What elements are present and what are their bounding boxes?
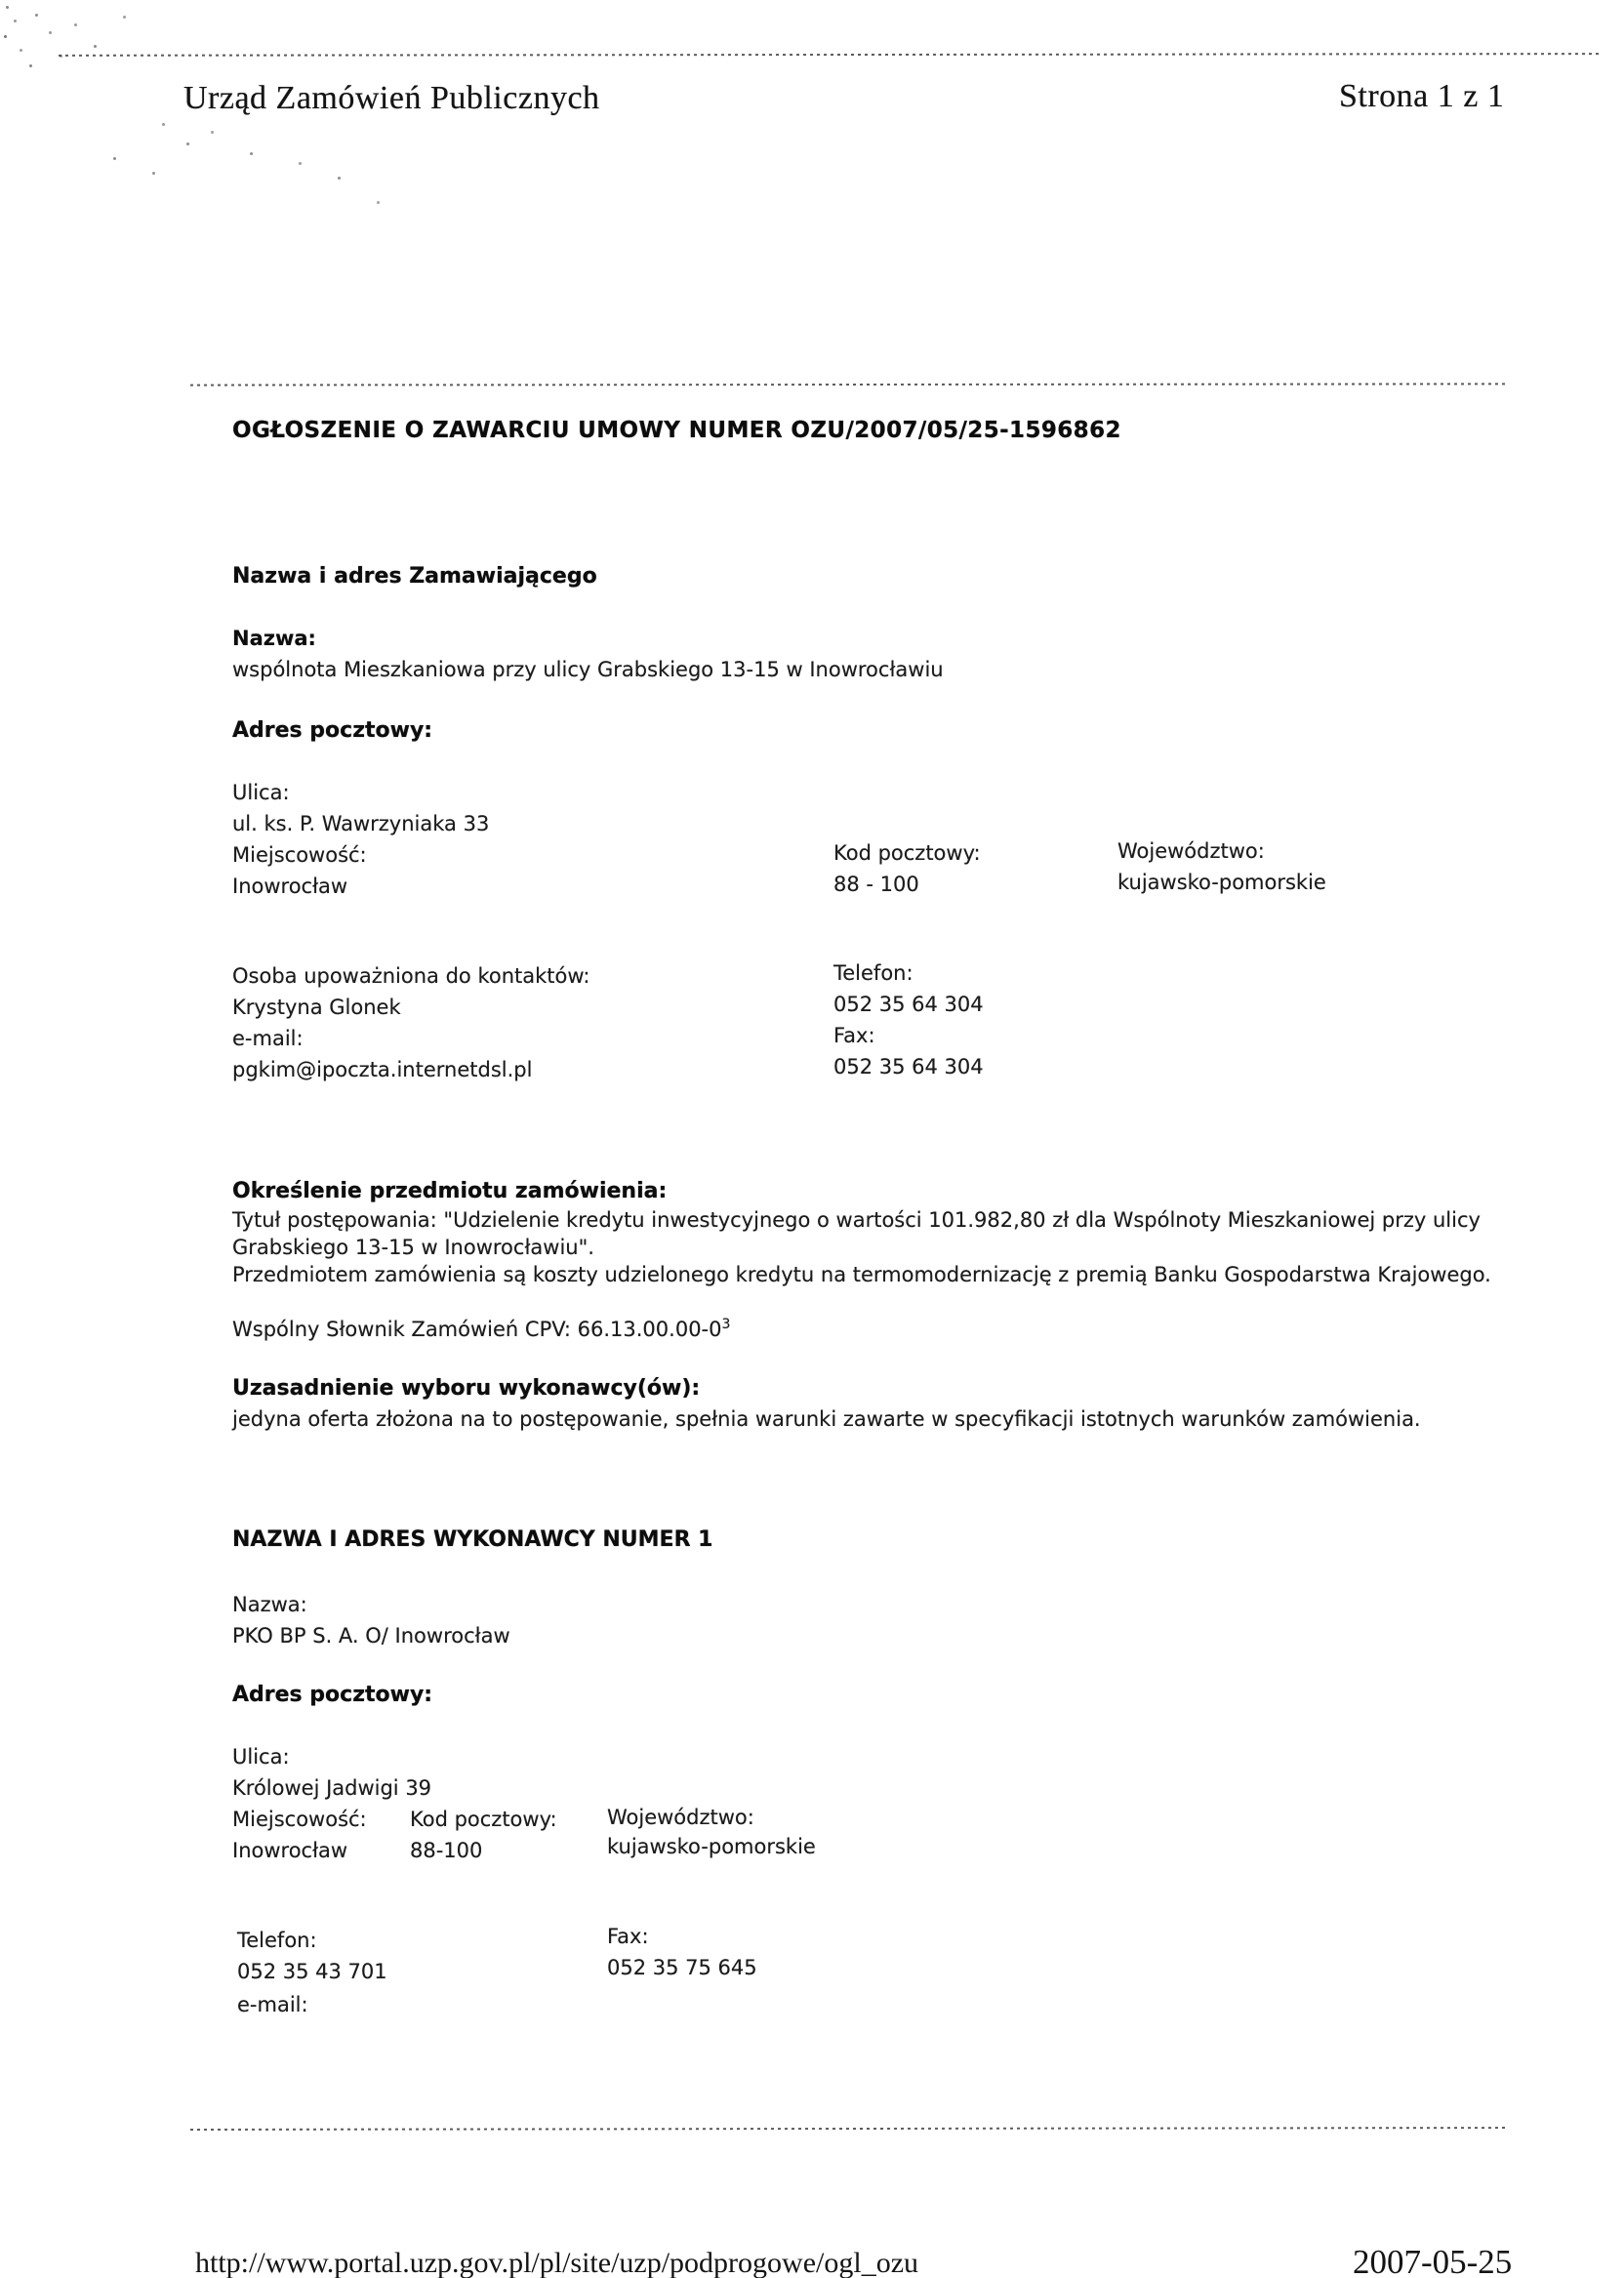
zamawiajacy-wojewodztwo-label: Województwo: [1117,837,1265,865]
zamawiajacy-osoba-label: Osoba upoważniona do kontaktów: [232,962,589,990]
zamawiajacy-ulica-label: Ulica: [232,779,290,806]
wykonawca-nazwa-label: Nazwa: [232,1591,307,1618]
section-heading-przedmiot: Określenie przedmiotu zamówienia: [232,1179,667,1203]
zamawiajacy-nazwa-label: Nazwa: [232,625,316,652]
zamawiajacy-email-value: pgkim@ipoczta.internetdsl.pl [232,1056,532,1083]
scanned-document-page: Urząd Zamówień Publicznych Strona 1 z 1 … [0,0,1624,2278]
zamawiajacy-kod-label: Kod pocztowy: [833,839,981,867]
cpv-superscript: 3 [722,1317,731,1332]
wykonawca-email-label: e-mail: [237,1991,308,2018]
section-heading-wykonawca: NAZWA I ADRES WYKONAWCY NUMER 1 [232,1527,712,1552]
header-organization: Urząd Zamówień Publicznych [183,80,600,117]
zamawiajacy-fax-label: Fax: [833,1022,875,1049]
section-heading-uzasadnienie: Uzasadnienie wyboru wykonawcy(ów): [232,1376,700,1401]
zamawiajacy-nazwa-value: wspólnota Mieszkaniowa przy ulicy Grabsk… [232,656,944,683]
wykonawca-telefon-value: 052 35 43 701 [237,1958,387,1985]
przedmiot-cpv-line: Wspólny Słownik Zamówień CPV: 66.13.00.0… [232,1316,730,1343]
przedmiot-opis-text: Przedmiotem zamówienia są koszty udzielo… [232,1261,1496,1288]
document-title: OGŁOSZENIE O ZAWARCIU UMOWY NUMER OZU/20… [232,418,1121,443]
zamawiajacy-osoba-value: Krystyna Glonek [232,994,401,1021]
zamawiajacy-adres-heading: Adres pocztowy: [232,718,432,743]
wykonawca-fax-value: 052 35 75 645 [607,1954,757,1981]
cpv-label: Wspólny Słownik Zamówień CPV: 66.13.00.0… [232,1318,722,1341]
zamawiajacy-miejscowosc-label: Miejscowość: [232,841,367,869]
wykonawca-kod-label: Kod pocztowy: [410,1806,557,1833]
wykonawca-adres-heading: Adres pocztowy: [232,1683,432,1707]
separator-line-title [190,383,1508,386]
wykonawca-wojewodztwo-value: kujawsko-pomorskie [607,1833,816,1860]
zamawiajacy-ulica-value: ul. ks. P. Wawrzyniaka 33 [232,810,489,837]
zamawiajacy-telefon-label: Telefon: [833,959,913,987]
wykonawca-fax-label: Fax: [607,1923,649,1950]
uzasadnienie-text: jedyna oferta złożona na to postępowanie… [232,1405,1496,1433]
zamawiajacy-wojewodztwo-value: kujawsko-pomorskie [1117,869,1326,896]
separator-line-top [59,53,1601,57]
footer-url: http://www.portal.uzp.gov.pl/pl/site/uzp… [195,2247,918,2278]
zamawiajacy-miejscowosc-value: Inowrocław [232,873,347,900]
separator-line-footer [190,2127,1508,2131]
zamawiajacy-email-label: e-mail: [232,1025,304,1052]
zamawiajacy-fax-value: 052 35 64 304 [833,1053,984,1080]
wykonawca-ulica-value: Królowej Jadwigi 39 [232,1774,431,1802]
wykonawca-wojewodztwo-label: Województwo: [607,1804,754,1831]
wykonawca-miejscowosc-label: Miejscowość: [232,1806,367,1833]
wykonawca-nazwa-value: PKO BP S. A. O/ Inowrocław [232,1622,510,1649]
wykonawca-telefon-label: Telefon: [237,1927,317,1954]
wykonawca-kod-value: 88-100 [410,1837,482,1864]
zamawiajacy-kod-value: 88 - 100 [833,871,919,898]
section-heading-zamawiajacy: Nazwa i adres Zamawiającego [232,564,597,589]
zamawiajacy-telefon-value: 052 35 64 304 [833,991,984,1018]
przedmiot-tytul-text: Tytuł postępowania: "Udzielenie kredytu … [232,1206,1496,1261]
wykonawca-ulica-label: Ulica: [232,1743,290,1770]
footer-date: 2007-05-25 [1353,2243,1512,2278]
header-page-number: Strona 1 z 1 [1339,78,1504,115]
wykonawca-miejscowosc-value: Inowrocław [232,1837,347,1864]
scan-noise [6,6,9,9]
